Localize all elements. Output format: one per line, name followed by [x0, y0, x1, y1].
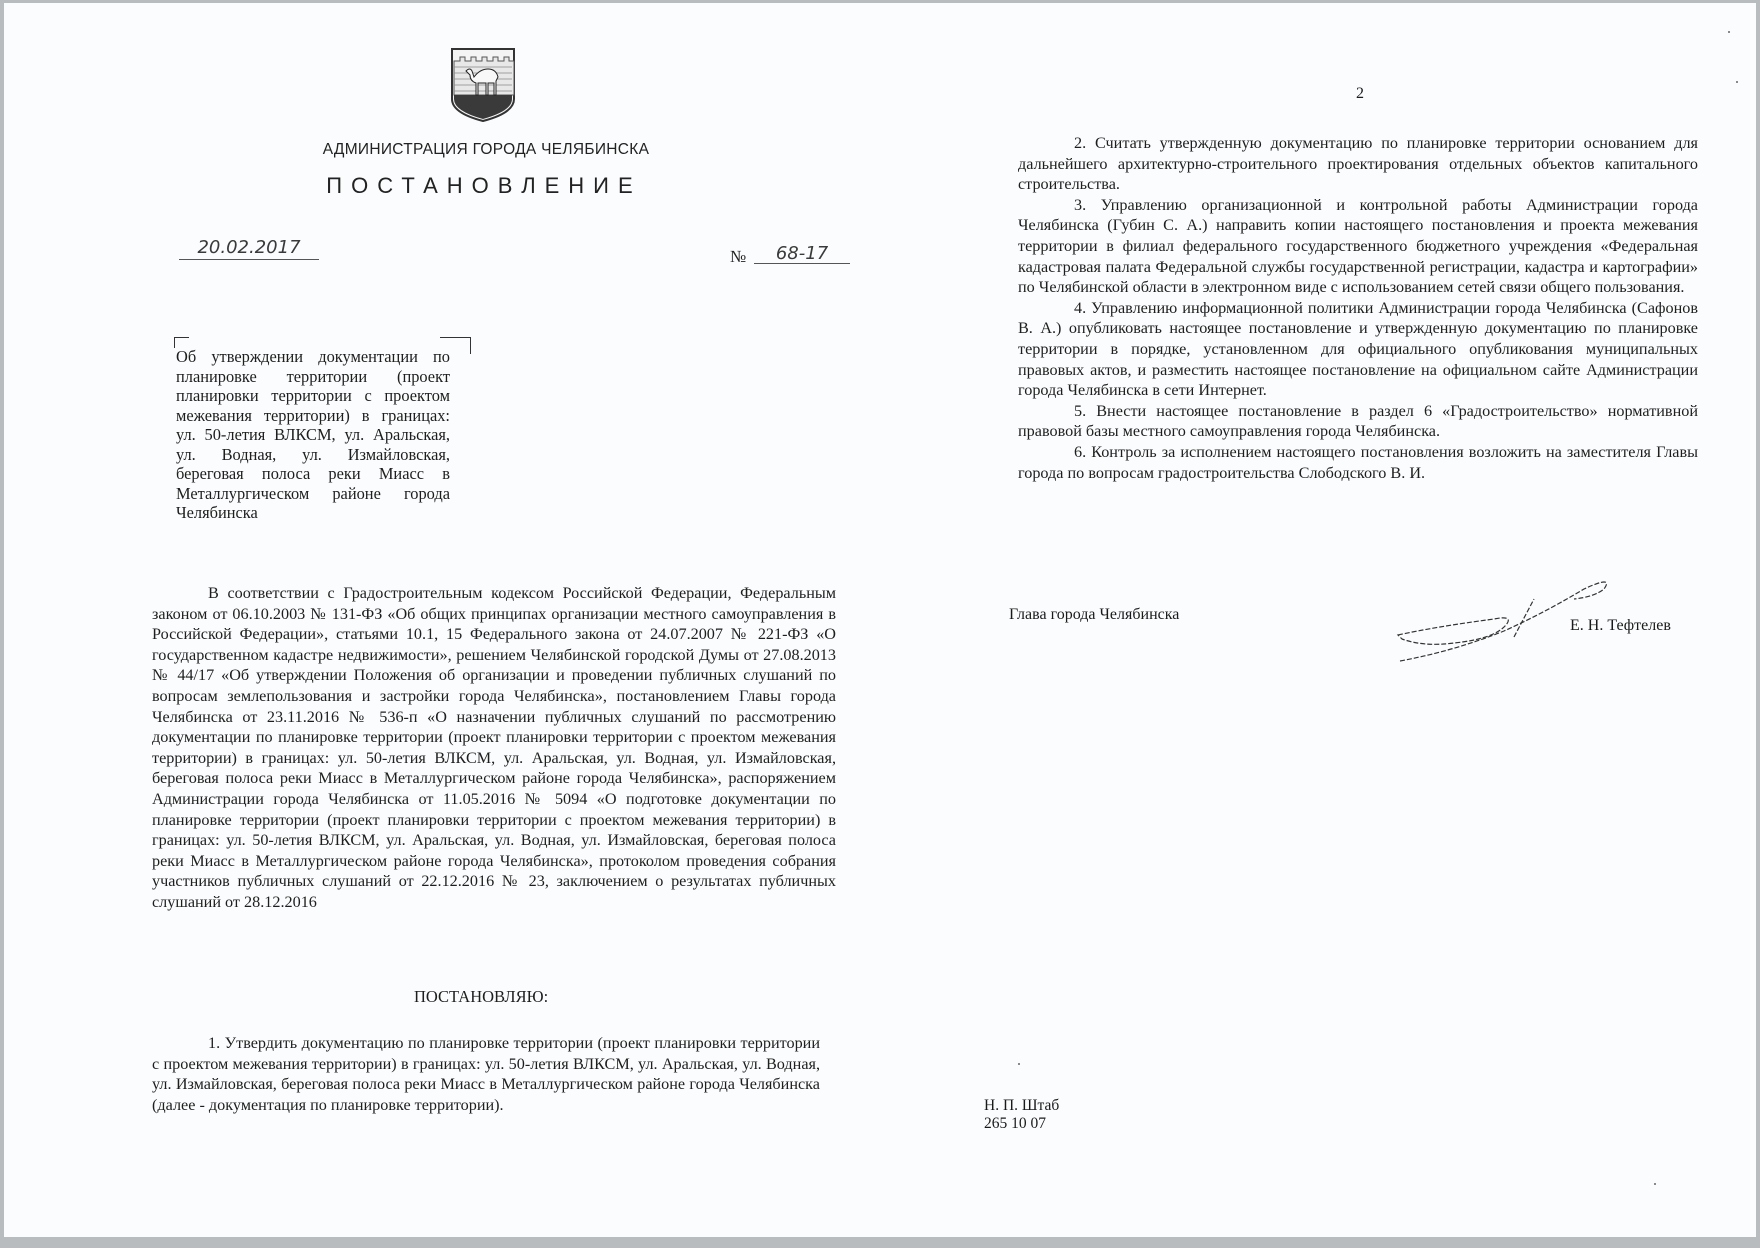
executor-phone: 265 10 07 [984, 1115, 1046, 1133]
resolution-item-6: 6. Контроль за исполнением настоящего по… [1018, 442, 1698, 483]
resolution-item-2: 2. Считать утвержденную документацию по … [1018, 133, 1698, 195]
scanned-document-sheet: АДМИНИСТРАЦИЯ ГОРОДА ЧЕЛЯБИНСКА ПОСТАНОВ… [4, 3, 1756, 1237]
number-label: № [730, 247, 746, 267]
signatory-title: Глава города Челябинска [1009, 606, 1179, 624]
scan-speck [1018, 1063, 1020, 1065]
document-number: 68-17 [754, 243, 850, 264]
signatory-name: Е. Н. Тефтелев [1570, 617, 1671, 635]
resolution-item-4: 4. Управлению информационной политики Ад… [1018, 298, 1698, 401]
resolution-item-1: 1. Утвердить документацию по планировке … [152, 1033, 820, 1115]
resolve-heading: ПОСТАНОВЛЯЮ: [414, 987, 548, 1007]
document-subject: Об утверждении документации по планировк… [176, 347, 450, 523]
executor-name: Н. П. Штаб [984, 1096, 1059, 1115]
resolution-item-3: 3. Управлению организационной и контроль… [1018, 195, 1698, 298]
preamble-paragraph: В соответствии с Градостроительным кодек… [152, 583, 836, 913]
scan-speck [1728, 31, 1730, 33]
document-type-title: ПОСТАНОВЛЕНИЕ [314, 173, 654, 199]
organization-name: АДМИНИСТРАЦИЯ ГОРОДА ЧЕЛЯБИНСКА [316, 141, 656, 159]
coat-of-arms-icon [450, 47, 516, 123]
document-date: 20.02.2017 [179, 237, 319, 260]
page-number: 2 [1356, 85, 1364, 103]
resolution-item-5: 5. Внести настоящее постановление в разд… [1018, 401, 1698, 442]
scan-speck [1736, 81, 1738, 83]
resolution-items-page2: 2. Считать утвержденную документацию по … [1018, 133, 1698, 483]
scan-speck [1654, 1183, 1656, 1185]
